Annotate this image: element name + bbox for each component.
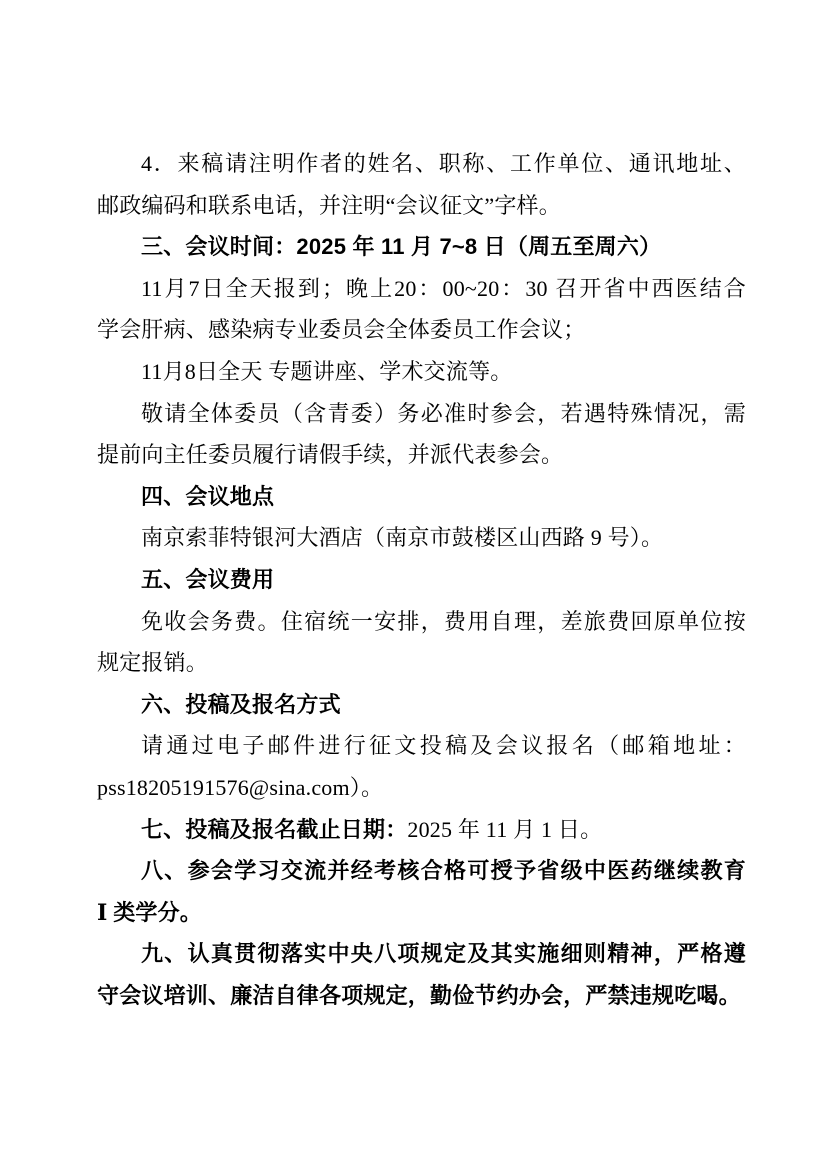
heading-submission-method: 六、投稿及报名方式: [97, 684, 746, 726]
para-credit-line-2: Ⅰ 类学分。: [97, 892, 746, 934]
heading-submission-deadline: 七、投稿及报名截止日期：2025 年 11 月 1 日。: [97, 809, 746, 851]
para-submission-note-line-2: 邮政编码和联系电话，并注明“会议征文”字样。: [97, 185, 746, 227]
deadline-date: 2025 年 11 月 1 日。: [407, 817, 602, 842]
para-credit-line-1: 八、参会学习交流并经考核合格可授予省级中医药继续教育: [97, 850, 746, 892]
para-regulations-line-2: 守会议培训、廉洁自律各项规定，勤俭节约办会，严禁违规吃喝。: [97, 975, 746, 1017]
heading-meeting-time: 三、会议时间：2025 年 11 月 7~8 日（周五至周六）: [97, 226, 746, 268]
para-fee-line-2: 规定报销。: [97, 642, 746, 684]
credit-class-text: 类学分。: [113, 900, 202, 925]
deadline-label: 七、投稿及报名截止日期：: [141, 817, 407, 842]
email-address: pss18205191576@sina.com）。: [97, 767, 746, 809]
para-attendance-notice-line-1: 敬请全体委员（含青委）务必准时参会，若遇特殊情况，需: [97, 393, 746, 435]
para-schedule-nov7-line-2: 学会肝病、感染病专业委员会全体委员工作会议；: [97, 309, 746, 351]
para-venue-address: 南京索菲特银河大酒店（南京市鼓楼区山西路 9 号）。: [97, 517, 746, 559]
para-attendance-notice-line-2: 提前向主任委员履行请假手续，并派代表参会。: [97, 434, 746, 476]
para-schedule-nov8: 11月8日全天 专题讲座、学术交流等。: [97, 351, 746, 393]
para-submission-note-line-1: 4．来稿请注明作者的姓名、职称、工作单位、通讯地址、: [97, 143, 746, 185]
heading-meeting-venue: 四、会议地点: [97, 476, 746, 518]
document-body: 4．来稿请注明作者的姓名、职称、工作单位、通讯地址、 邮政编码和联系电话，并注明…: [97, 143, 746, 1016]
para-fee-line-1: 免收会务费。住宿统一安排，费用自理，差旅费回原单位按: [97, 601, 746, 643]
para-schedule-nov7-line-1: 11月7日全天报到；晚上20：00~20：30 召开省中西医结合: [97, 268, 746, 310]
document-page: 4．来稿请注明作者的姓名、职称、工作单位、通讯地址、 邮政编码和联系电话，并注明…: [0, 0, 827, 1169]
para-regulations-line-1: 九、认真贯彻落实中央八项规定及其实施细则精神，严格遵: [97, 933, 746, 975]
heading-meeting-fee: 五、会议费用: [97, 559, 746, 601]
para-submission-method-line-1: 请通过电子邮件进行征文投稿及会议报名（邮箱地址：: [97, 725, 746, 767]
credit-class-numeral: Ⅰ: [97, 900, 113, 925]
